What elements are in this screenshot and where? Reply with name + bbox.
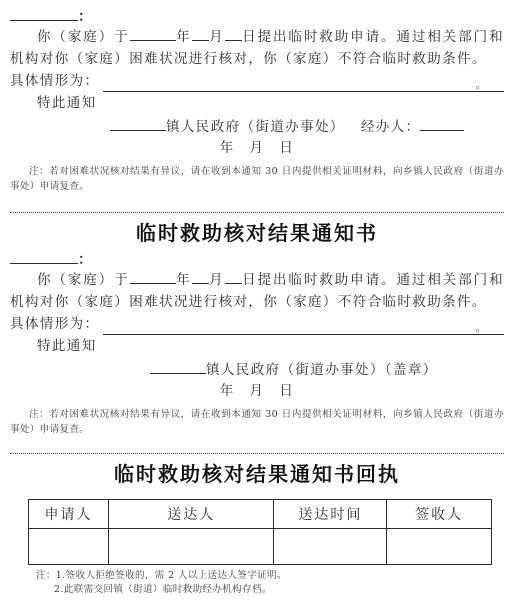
month-label: 月 <box>209 29 225 45</box>
notice-body-paragraph: 你（家庭）于年月日提出临时救助申请。通过相关部门和机构对你（家庭）困难状况进行核… <box>10 269 504 313</box>
town-name-blank-line <box>110 116 166 131</box>
detail-label: 具体情形为： <box>10 313 99 335</box>
notice-body-paragraph: 你（家庭）于年月日提出临时救助申请。通过相关部门和机构对你（家庭）困难状况进行核… <box>10 26 504 70</box>
footnote: 注：若对困难状况核对结果有异议，请在收到本通知 30 日内提供相关证明材料，向乡… <box>10 407 504 437</box>
month-blank-line <box>192 26 209 41</box>
town-name-blank-line <box>150 359 206 374</box>
detail-line: 具体情形为： 。 <box>10 313 504 335</box>
signature-line: 镇人民政府（街道办事处）（盖章） <box>150 359 504 381</box>
government-office-label: 镇人民政府（街道办事处） <box>166 119 345 135</box>
month-blank-line <box>192 269 209 284</box>
salutation-line: ： <box>10 6 504 26</box>
receipt-note-2: 2.此联需交回镇（街道）临时救助经办机构存档。 <box>54 583 504 597</box>
receipt-note-1: 注：1.签收人拒绝签收的，需 2 人以上送达人签字证明。 <box>36 569 504 583</box>
addressee-blank-line <box>10 249 78 264</box>
footnote: 注：若对困难状况核对结果有异议，请在收到本通知 30 日内提供相关证明材料，向乡… <box>10 164 504 194</box>
detail-blank-line: 。 <box>103 73 504 92</box>
detail-label: 具体情形为： <box>10 70 99 92</box>
dashed-divider <box>10 212 504 213</box>
year-blank-line <box>130 269 176 284</box>
salutation-colon: ： <box>78 9 93 25</box>
notice-section-main: 临时救助核对结果通知书 ： 你（家庭）于年月日提出临时救助申请。通过相关部门和机… <box>10 220 504 437</box>
notice-title: 临时救助核对结果通知书 <box>10 220 504 246</box>
government-office-label: 镇人民政府（街道办事处）（盖章） <box>206 362 438 378</box>
salutation-line: ： <box>10 249 504 269</box>
year-label: 年 <box>176 29 192 45</box>
table-header-applicant: 申请人 <box>29 500 109 529</box>
receipt-table: 申请人 送达人 送达时间 签收人 <box>28 499 492 565</box>
table-row <box>29 529 492 565</box>
year-label: 年 <box>176 272 192 288</box>
month-label: 月 <box>209 272 225 288</box>
day-blank-line <box>225 26 242 41</box>
detail-period: 。 <box>476 321 504 334</box>
table-cell-applicant <box>29 529 109 565</box>
table-cell-deliverer <box>109 529 274 565</box>
table-header-delivery-time: 送达时间 <box>274 500 387 529</box>
receipt-notes: 注：1.签收人拒绝签收的，需 2 人以上送达人签字证明。 2.此联需交回镇（街道… <box>36 569 504 597</box>
receipt-section: 临时救助核对结果通知书回执 申请人 送达人 送达时间 签收人 <box>10 461 504 597</box>
body-text-segment: 你（家庭）于 <box>37 272 130 288</box>
handler-label: 经办人： <box>361 119 421 135</box>
date-line: 年 月 日 <box>10 138 504 158</box>
notify-line: 特此通知 <box>10 92 504 114</box>
signature-line: 镇人民政府（街道办事处）经办人： <box>110 116 504 138</box>
detail-period: 。 <box>476 78 504 91</box>
handler-name-blank-line <box>420 116 464 131</box>
table-cell-signee <box>387 529 492 565</box>
addressee-blank-line <box>10 6 78 21</box>
temporary-assistance-notice-page: ： 你（家庭）于年月日提出临时救助申请。通过相关部门和机构对你（家庭）困难状况进… <box>0 0 512 614</box>
receipt-title: 临时救助核对结果通知书回执 <box>10 461 504 487</box>
detail-blank-line: 。 <box>103 316 504 335</box>
table-header-row: 申请人 送达人 送达时间 签收人 <box>29 500 492 529</box>
date-line: 年 月 日 <box>10 381 504 401</box>
table-cell-delivery-time <box>274 529 387 565</box>
body-text-segment: 你（家庭）于 <box>37 29 130 45</box>
year-blank-line <box>130 26 176 41</box>
notice-section-top: ： 你（家庭）于年月日提出临时救助申请。通过相关部门和机构对你（家庭）困难状况进… <box>10 6 504 194</box>
notify-line: 特此通知 <box>10 335 504 357</box>
salutation-colon: ： <box>78 252 93 268</box>
table-header-deliverer: 送达人 <box>109 500 274 529</box>
table-header-signee: 签收人 <box>387 500 492 529</box>
dashed-divider <box>10 453 504 454</box>
detail-line: 具体情形为： 。 <box>10 70 504 92</box>
day-blank-line <box>225 269 242 284</box>
